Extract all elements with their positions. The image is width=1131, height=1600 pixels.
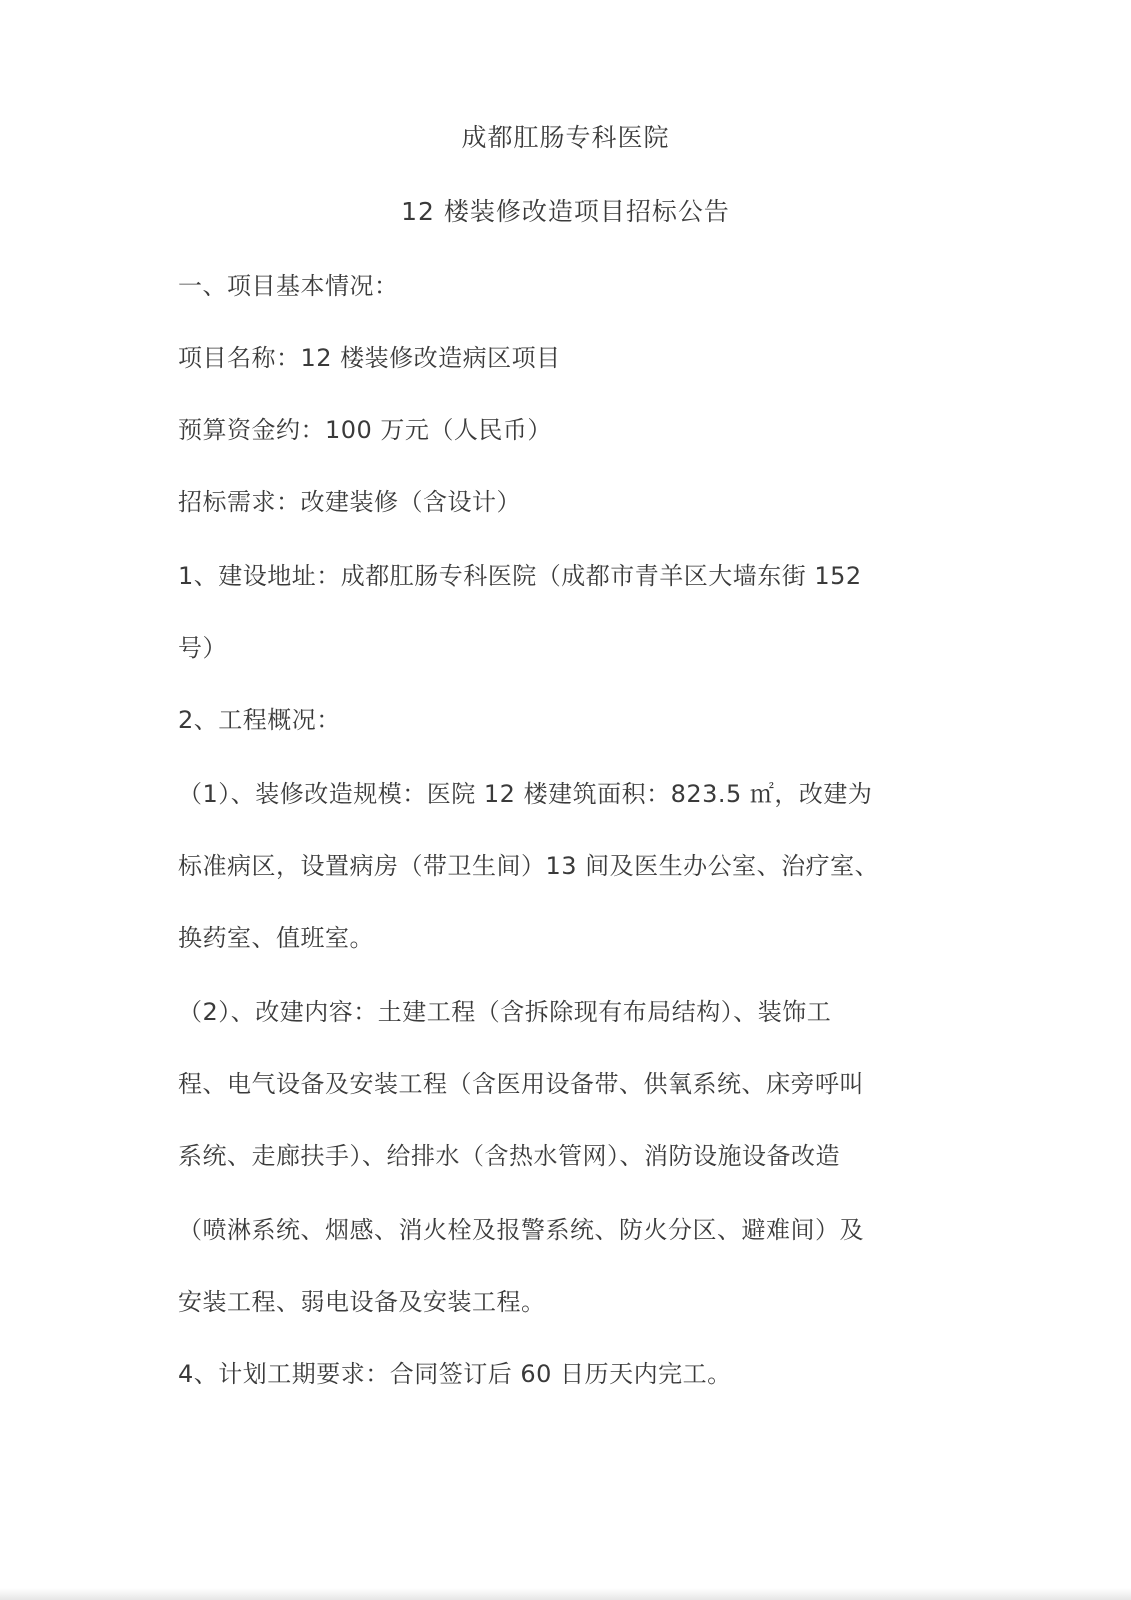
content-paragraph-line-3: 系统、走廊扶手）、给排水（含热水管网）、消防设施设备改造 [178,1136,840,1171]
section-heading-basic-info: 一、项目基本情况： [178,266,399,301]
document-title-hospital: 成都肛肠专科医院 [0,118,1131,154]
content-paragraph-line-2: 程、电气设备及安装工程（含医用设备带、供氧系统、床旁呼叫 [178,1064,864,1099]
document-title-notice: 12 楼装修改造项目招标公告 [0,192,1131,228]
content-paragraph-line-5: 安装工程、弱电设备及安装工程。 [178,1282,546,1317]
content-paragraph-line-4: （喷淋系统、烟感、消火栓及报警系统、防火分区、避难间）及 [178,1210,864,1245]
scale-paragraph-line-1: （1）、装修改造规模：医院 12 楼建筑面积：823.5 ㎡，改建为 [178,774,872,809]
project-name-line: 项目名称：12 楼装修改造病区项目 [178,338,561,373]
scale-paragraph-line-3: 换药室、值班室。 [178,918,374,953]
project-overview-heading: 2、工程概况： [178,700,341,735]
construction-address-line-cont: 号） [178,628,227,663]
construction-address-line: 1、建设地址：成都肛肠专科医院（成都市青羊区大墙东街 152 [178,556,862,591]
scale-paragraph-line-2: 标准病区，设置病房（带卫生间）13 间及医生办公室、治疗室、 [178,846,879,881]
scan-bottom-edge [0,1588,1131,1600]
content-paragraph-line-1: （2）、改建内容：土建工程（含拆除现有布局结构）、装饰工 [178,992,831,1027]
schedule-requirement-line: 4、计划工期要求：合同签订后 60 日历天内完工。 [178,1354,732,1389]
tender-requirement-line: 招标需求：改建装修（含设计） [178,482,521,517]
document-page: 成都肛肠专科医院 12 楼装修改造项目招标公告 一、项目基本情况： 项目名称：1… [0,0,1131,1600]
budget-line: 预算资金约：100 万元（人民币） [178,410,552,445]
